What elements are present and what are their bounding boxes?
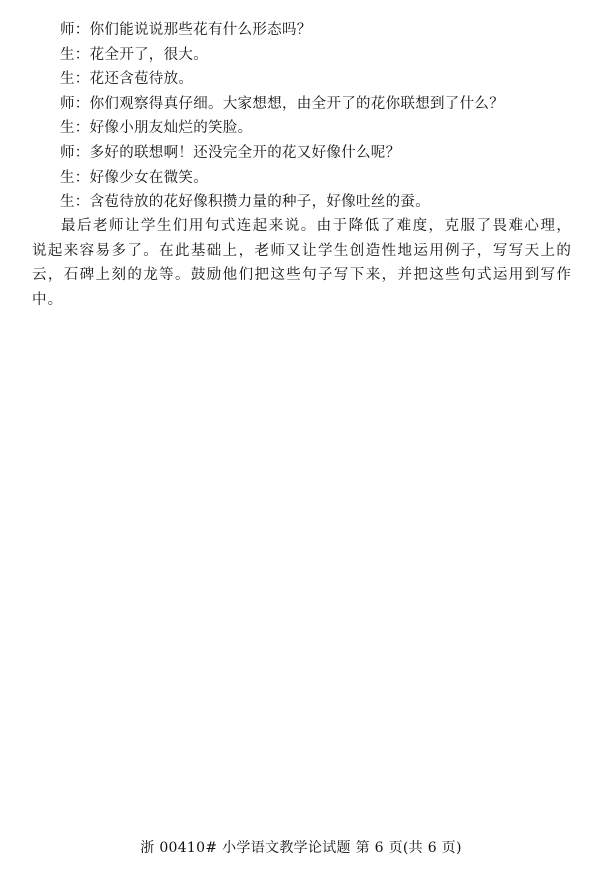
dialogue-line: 师：你们观察得真仔细。大家想想，由全开了的花你联想到了什么？ <box>60 92 504 117</box>
page-footer: 浙 00410# 小学语文教学论试题 第 6 页(共 6 页) <box>0 837 602 857</box>
dialogue-line: 生：花还含苞待放。 <box>60 67 504 92</box>
dialogue-line: 生：含苞待放的花好像积攒力量的种子，好像吐丝的蚕。 <box>60 190 504 215</box>
dialogue-line: 生：好像小朋友灿烂的笑脸。 <box>60 116 504 141</box>
dialogue-line: 师：多好的联想啊！还没完全开的花又好像什么呢？ <box>60 141 504 166</box>
document-page: 师：你们能说说那些花有什么形态吗？ 生：花全开了，很大。 生：花还含苞待放。 师… <box>0 0 602 888</box>
dialogue-line: 生：好像少女在微笑。 <box>60 166 504 191</box>
classroom-dialogue: 师：你们能说说那些花有什么形态吗？ 生：花全开了，很大。 生：花还含苞待放。 师… <box>60 18 504 215</box>
summary-paragraph: 最后老师让学生们用句式连起来说。由于降低了难度，克服了畏难心理，说起来容易多了。… <box>32 214 572 312</box>
dialogue-line: 生：花全开了，很大。 <box>60 43 504 68</box>
dialogue-line: 师：你们能说说那些花有什么形态吗？ <box>60 18 504 43</box>
